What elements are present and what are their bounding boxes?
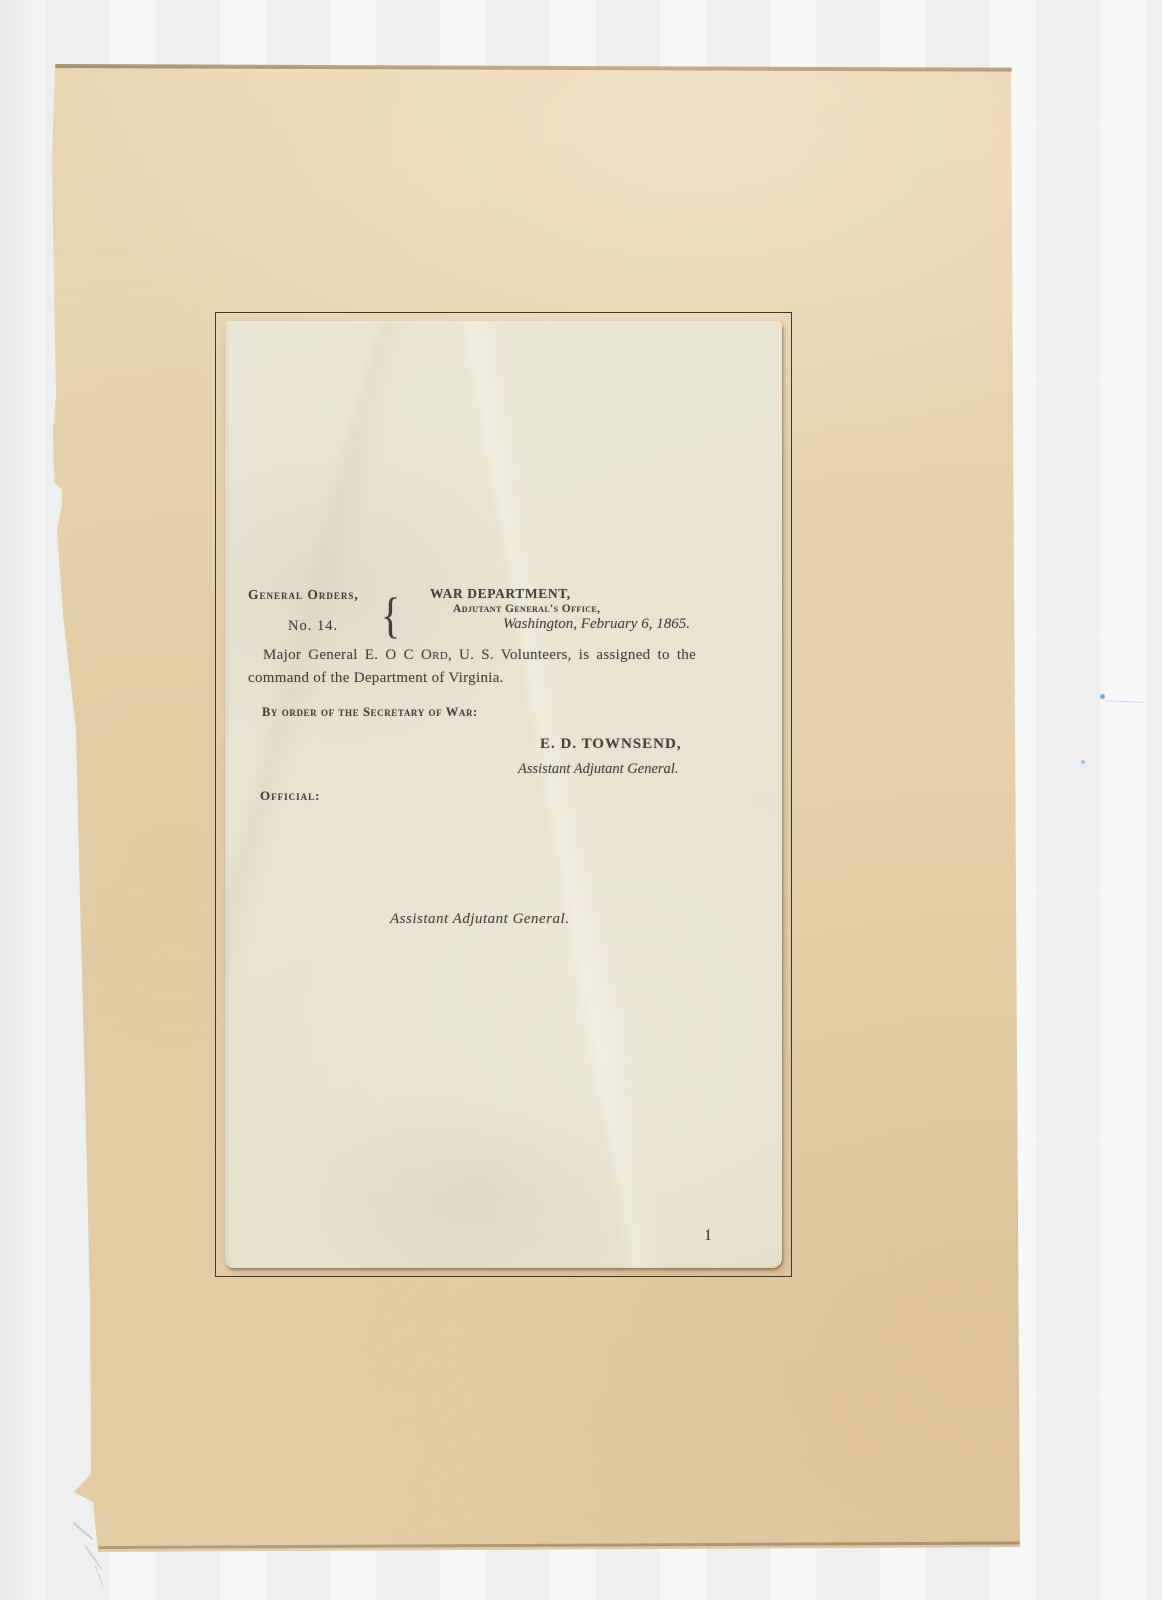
order-text-prefix: Major General E. O C: [263, 647, 421, 663]
war-department-line: WAR DEPARTMENT,: [430, 586, 571, 602]
scanner-streak: [1104, 700, 1144, 702]
signature-name: E. D. TOWNSEND,: [540, 736, 682, 753]
by-order-line: By order of the Secretary of War:: [262, 705, 478, 720]
order-text-line-1: Major General E. O C Ord, U. S. Voluntee…: [263, 647, 696, 664]
orders-number: No. 14.: [288, 618, 338, 635]
order-text-suffix: , U. S. Volunteers, is assigned to the: [448, 647, 696, 663]
blue-speck: [1100, 694, 1105, 699]
scanned-document-photo: General Orders, No. 14. { WAR DEPARTMENT…: [0, 0, 1162, 1600]
adjutant-office-line: Adjutant General's Office,: [453, 603, 600, 615]
official-label: Official:: [260, 788, 320, 804]
general-orders-label: General Orders,: [248, 587, 359, 603]
brace-glyph: {: [381, 588, 400, 642]
torn-fiber: [72, 1522, 93, 1540]
general-ord-name: Ord: [421, 647, 448, 663]
dateline: Washington, February 6, 1865.: [503, 616, 690, 633]
printed-sheet: General Orders, No. 14. { WAR DEPARTMENT…: [225, 321, 782, 1268]
official-countersign-title: Assistant Adjutant General.: [390, 911, 569, 928]
page-number-mark: 1: [705, 1227, 711, 1245]
order-text-line-2: command of the Department of Virginia.: [248, 670, 504, 687]
signature-title: Assistant Adjutant General.: [518, 761, 678, 778]
blue-speck: [1081, 760, 1085, 764]
